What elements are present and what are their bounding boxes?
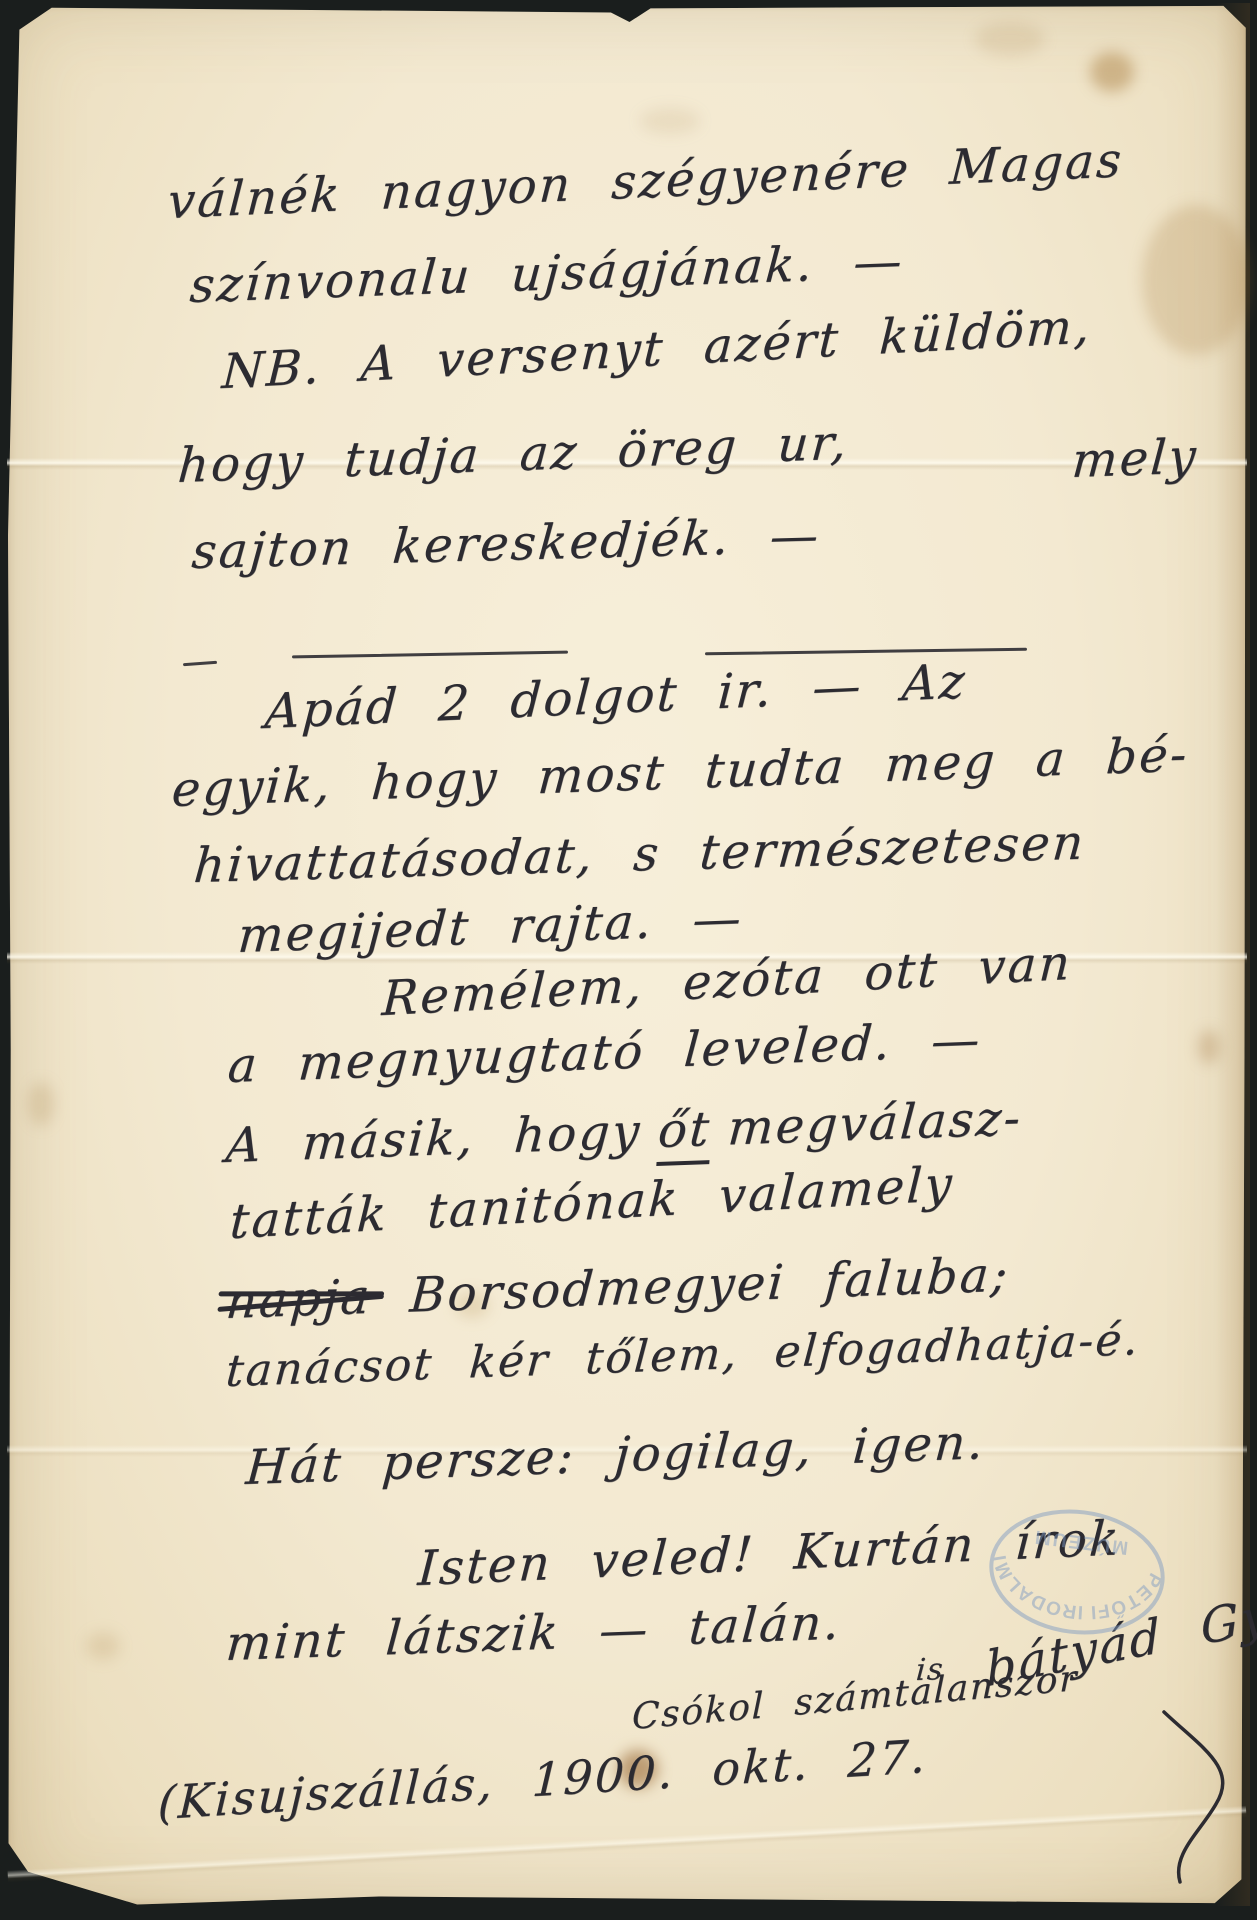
foxing-stain [640,108,700,134]
letter-line: mely [1070,433,1199,486]
stamp-text-bottom: MÚZEUM [1032,1525,1129,1558]
stamp-text-top: PETŐFI IRODALMI [983,1550,1167,1632]
foxing-stain [28,1082,54,1126]
letter-text: megválasz- [726,1090,1024,1156]
foxing-stain [86,1632,120,1660]
signature-flourish [1150,1706,1257,1891]
underlined-word: őt [656,1101,713,1166]
foxing-stain [1142,205,1250,355]
foxing-stain [975,22,1045,56]
foxing-stain [1198,1030,1220,1064]
museum-stamp: PETŐFI IRODALMI MÚZEUM [974,1491,1180,1653]
foxing-stain [1090,52,1134,92]
svg-text:PETŐFI IRODALMI: PETŐFI IRODALMI [983,1550,1167,1632]
strikethrough-word: napja [224,1269,374,1330]
